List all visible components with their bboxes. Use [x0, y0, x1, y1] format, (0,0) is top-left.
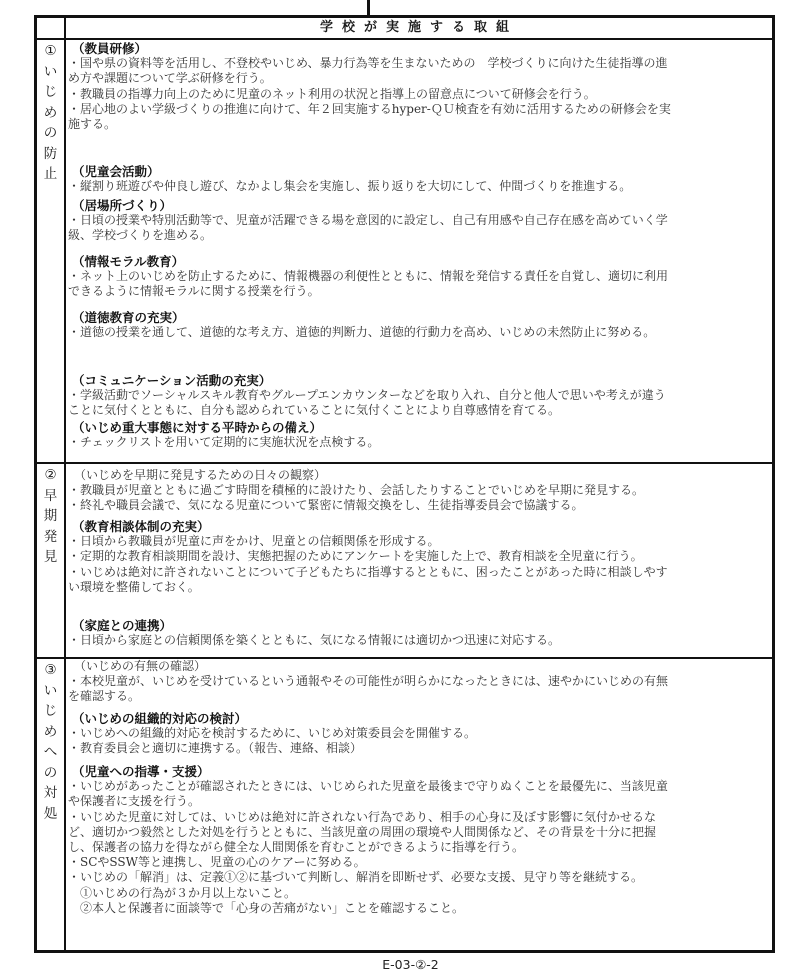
block-organizational-response: （いじめの組織的対応の検討） ・いじめへの組織的対応を検討するために、いじめ対策… [68, 711, 768, 757]
label-char: ② [37, 464, 64, 485]
text-line: ・道徳の授業を通して、道徳的な考え方、道徳的判断力、道徳的行動力を高め、いじめの… [68, 325, 768, 340]
block-heading: （居場所づくり） [68, 198, 768, 213]
label-char: の [37, 762, 64, 783]
text-line: ・いじめの「解消」は、定義①②に基づいて判断し、解消を即断せず、必要な支援、見守… [68, 870, 768, 885]
text-line: ことに気付くとともに、自分も認められていることに気付くことにより自尊感情を育てる… [68, 403, 768, 418]
block-heading: （コミュニケーション活動の充実） [68, 373, 768, 388]
section-label: ① い じ め の 防 止 [37, 40, 66, 462]
section-prevention: ① い じ め の 防 止 （教員研修） ・国や県の資料等を活用し、不登校やいじ… [37, 40, 772, 464]
block-counseling-system: （教育相談体制の充実） ・日頃から教職員が児童に声をかけ、児童との信頼関係を形成… [68, 519, 768, 595]
text-line: ・SCやSSW等と連携し、児童の心のケアーに努める。 [68, 855, 768, 870]
block-confirm-bullying: （いじめの有無の確認） ・本校児童が、いじめを受けているという通報やその可能性が… [68, 659, 768, 705]
section-content: （いじめを早期に発見するための日々の観察） ・教職員が児童とともに過ごす時間を積… [68, 464, 768, 657]
text-line: ・いじめへの組織的対応を検討するために、いじめ対策委員会を開催する。 [68, 726, 768, 741]
label-char: じ [37, 700, 64, 721]
text-line: ・教育委員会と適切に連携する。（報告、連絡、相談） [68, 741, 768, 756]
text-line: できるように情報モラルに関する授業を行う。 [68, 284, 768, 299]
block-heading: （道徳教育の充実） [68, 310, 768, 325]
block-communication: （コミュニケーション活動の充実） ・学級活動でソーシャルスキル教育やグループエン… [68, 373, 768, 419]
label-char: の [37, 122, 64, 143]
label-char: 処 [37, 803, 64, 824]
text-line: ・定期的な教育相談期間を設け、実態把握のためにアンケートを実施した上で、教育相談… [68, 549, 768, 564]
text-line: い環境を整備しておく。 [68, 580, 768, 595]
text-line: ・縦割り班遊びや仲良し遊び、なかよし集会を実施し、振り返りを大切にして、仲間づく… [68, 179, 768, 194]
text-line: 級、学校づくりを進める。 [68, 228, 768, 243]
label-char: い [37, 680, 64, 701]
table-header-row: 学校が実施する取組 [37, 18, 772, 40]
top-tick-mark [367, 0, 370, 16]
text-line: ・教職員が児童とともに過ごす時間を積極的に設けたり、会話したりすることでいじめを… [68, 483, 768, 498]
text-line: ・国や県の資料等を活用し、不登校やいじめ、暴力行為等を生まないための 学校づくり… [68, 56, 768, 71]
block-family-cooperation: （家庭との連携） ・日頃から家庭との信頼関係を築くとともに、気になる情報には適切… [68, 618, 768, 648]
block-heading: （家庭との連携） [68, 618, 768, 633]
section-content: （教員研修） ・国や県の資料等を活用し、不登校やいじめ、暴力行為等を生まないため… [68, 40, 768, 462]
block-teacher-training: （教員研修） ・国や県の資料等を活用し、不登校やいじめ、暴力行為等を生まないため… [68, 41, 768, 132]
label-char: 止 [37, 163, 64, 184]
text-line: ・終礼や職員会議で、気になる児童について緊密に情報交換をし、生徒指導委員会で協議… [68, 498, 768, 513]
header-label-cell [37, 18, 66, 38]
label-char: 早 [37, 485, 64, 506]
block-heading: （いじめ重大事態に対する平時からの備え） [68, 420, 768, 435]
text-line: ど、適切かつ毅然とした対処を行うとともに、当該児童の周囲の環境や人間関係など、そ… [68, 825, 768, 840]
block-info-moral: （情報モラル教育） ・ネット上のいじめを防止するために、情報機器の利便性とともに… [68, 254, 768, 300]
text-line: や保護者に支援を行う。 [68, 794, 768, 809]
text-line: ・いじめた児童に対しては、いじめは絶対に許されない行為であり、相手の心身に及ぼす… [68, 810, 768, 825]
label-char: 対 [37, 782, 64, 803]
text-line: ・チェックリストを用いて定期的に実施状況を点検する。 [68, 435, 768, 450]
label-char: ③ [37, 659, 64, 680]
label-char: め [37, 102, 64, 123]
section-label: ③ い じ め へ の 対 処 [37, 659, 66, 950]
page-code: E-03-②-2 [0, 957, 807, 972]
label-char: じ [37, 81, 64, 102]
block-heading: （いじめの有無の確認） [68, 659, 768, 674]
block-place-making: （居場所づくり） ・日頃の授業や特別活動等で、児童が活躍できる場を意図的に設定し… [68, 198, 768, 244]
section-early-detection: ② 早 期 発 見 （いじめを早期に発見するための日々の観察） ・教職員が児童と… [37, 464, 772, 659]
text-line: し、保護者の協力を得ながら健全な人間関係を育むことができるように指導を行う。 [68, 840, 768, 855]
section-label: ② 早 期 発 見 [37, 464, 66, 657]
block-heading: （教員研修） [68, 41, 768, 56]
text-line: ・いじめは絶対に許されないことについて子どもたちに指導するとともに、困ったことが… [68, 565, 768, 580]
text-line: ・日頃から家庭との信頼関係を築くとともに、気になる情報には適切かつ迅速に対応する… [68, 633, 768, 648]
block-heading: （いじめの組織的対応の検討） [68, 711, 768, 726]
label-char: へ [37, 741, 64, 762]
block-moral-education: （道徳教育の充実） ・道徳の授業を通して、道徳的な考え方、道徳的判断力、道徳的行… [68, 310, 768, 340]
block-heading: （教育相談体制の充実） [68, 519, 768, 534]
label-char: 期 [37, 505, 64, 526]
block-serious-case-prep: （いじめ重大事態に対する平時からの備え） ・チェックリストを用いて定期的に実施状… [68, 420, 768, 450]
table-title: 学校が実施する取組 [66, 18, 772, 38]
label-char: 発 [37, 526, 64, 547]
block-heading: （情報モラル教育） [68, 254, 768, 269]
block-student-guidance: （児童への指導・支援） ・いじめがあったことが確認されたときには、いじめられた児… [68, 764, 768, 916]
block-student-council: （児童会活動） ・縦割り班遊びや仲良し遊び、なかよし集会を実施し、振り返りを大切… [68, 164, 768, 194]
text-line: ・居心地のよい学級づくりの推進に向けて、年２回実施するhyper-ＱＵ検査を有効… [68, 102, 768, 117]
text-line: め方や課題について学ぶ研修を行う。 [68, 71, 768, 86]
label-char: 防 [37, 143, 64, 164]
text-line: 施する。 [68, 117, 768, 132]
block-heading: （いじめを早期に発見するための日々の観察） [68, 468, 768, 483]
text-line: を確認する。 [68, 689, 768, 704]
label-char: め [37, 721, 64, 742]
label-char: い [37, 61, 64, 82]
section-content: （いじめの有無の確認） ・本校児童が、いじめを受けているという通報やその可能性が… [68, 659, 768, 950]
text-line: ・教職員の指導力向上のために児童のネット利用の状況と指導上の留意点について研修会… [68, 87, 768, 102]
text-line: ②本人と保護者に面談等で「心身の苦痛がない」ことを確認すること。 [68, 901, 768, 916]
text-line: ①いじめの行為が３か月以上ないこと。 [68, 886, 768, 901]
text-line: ・ネット上のいじめを防止するために、情報機器の利便性とともに、情報を発信する責任… [68, 269, 768, 284]
block-heading: （児童会活動） [68, 164, 768, 179]
label-char: 見 [37, 546, 64, 567]
text-line: ・本校児童が、いじめを受けているという通報やその可能性が明らかになったときには、… [68, 674, 768, 689]
block-daily-observation: （いじめを早期に発見するための日々の観察） ・教職員が児童とともに過ごす時間を積… [68, 468, 768, 514]
label-char: ① [37, 40, 64, 61]
text-line: ・日頃の授業や特別活動等で、児童が活躍できる場を意図的に設定し、自己有用感や自己… [68, 213, 768, 228]
text-line: ・日頃から教職員が児童に声をかけ、児童との信頼関係を形成する。 [68, 534, 768, 549]
measures-table: 学校が実施する取組 ① い じ め の 防 止 （教員研修） ・国や県の資料等を… [34, 15, 775, 953]
text-line: ・いじめがあったことが確認されたときには、いじめられた児童を最後まで守りぬくこと… [68, 779, 768, 794]
text-line: ・学級活動でソーシャルスキル教育やグループエンカウンターなどを取り入れ、自分と他… [68, 388, 768, 403]
block-heading: （児童への指導・支援） [68, 764, 768, 779]
section-response: ③ い じ め へ の 対 処 （いじめの有無の確認） ・本校児童が、いじめを受… [37, 659, 772, 950]
